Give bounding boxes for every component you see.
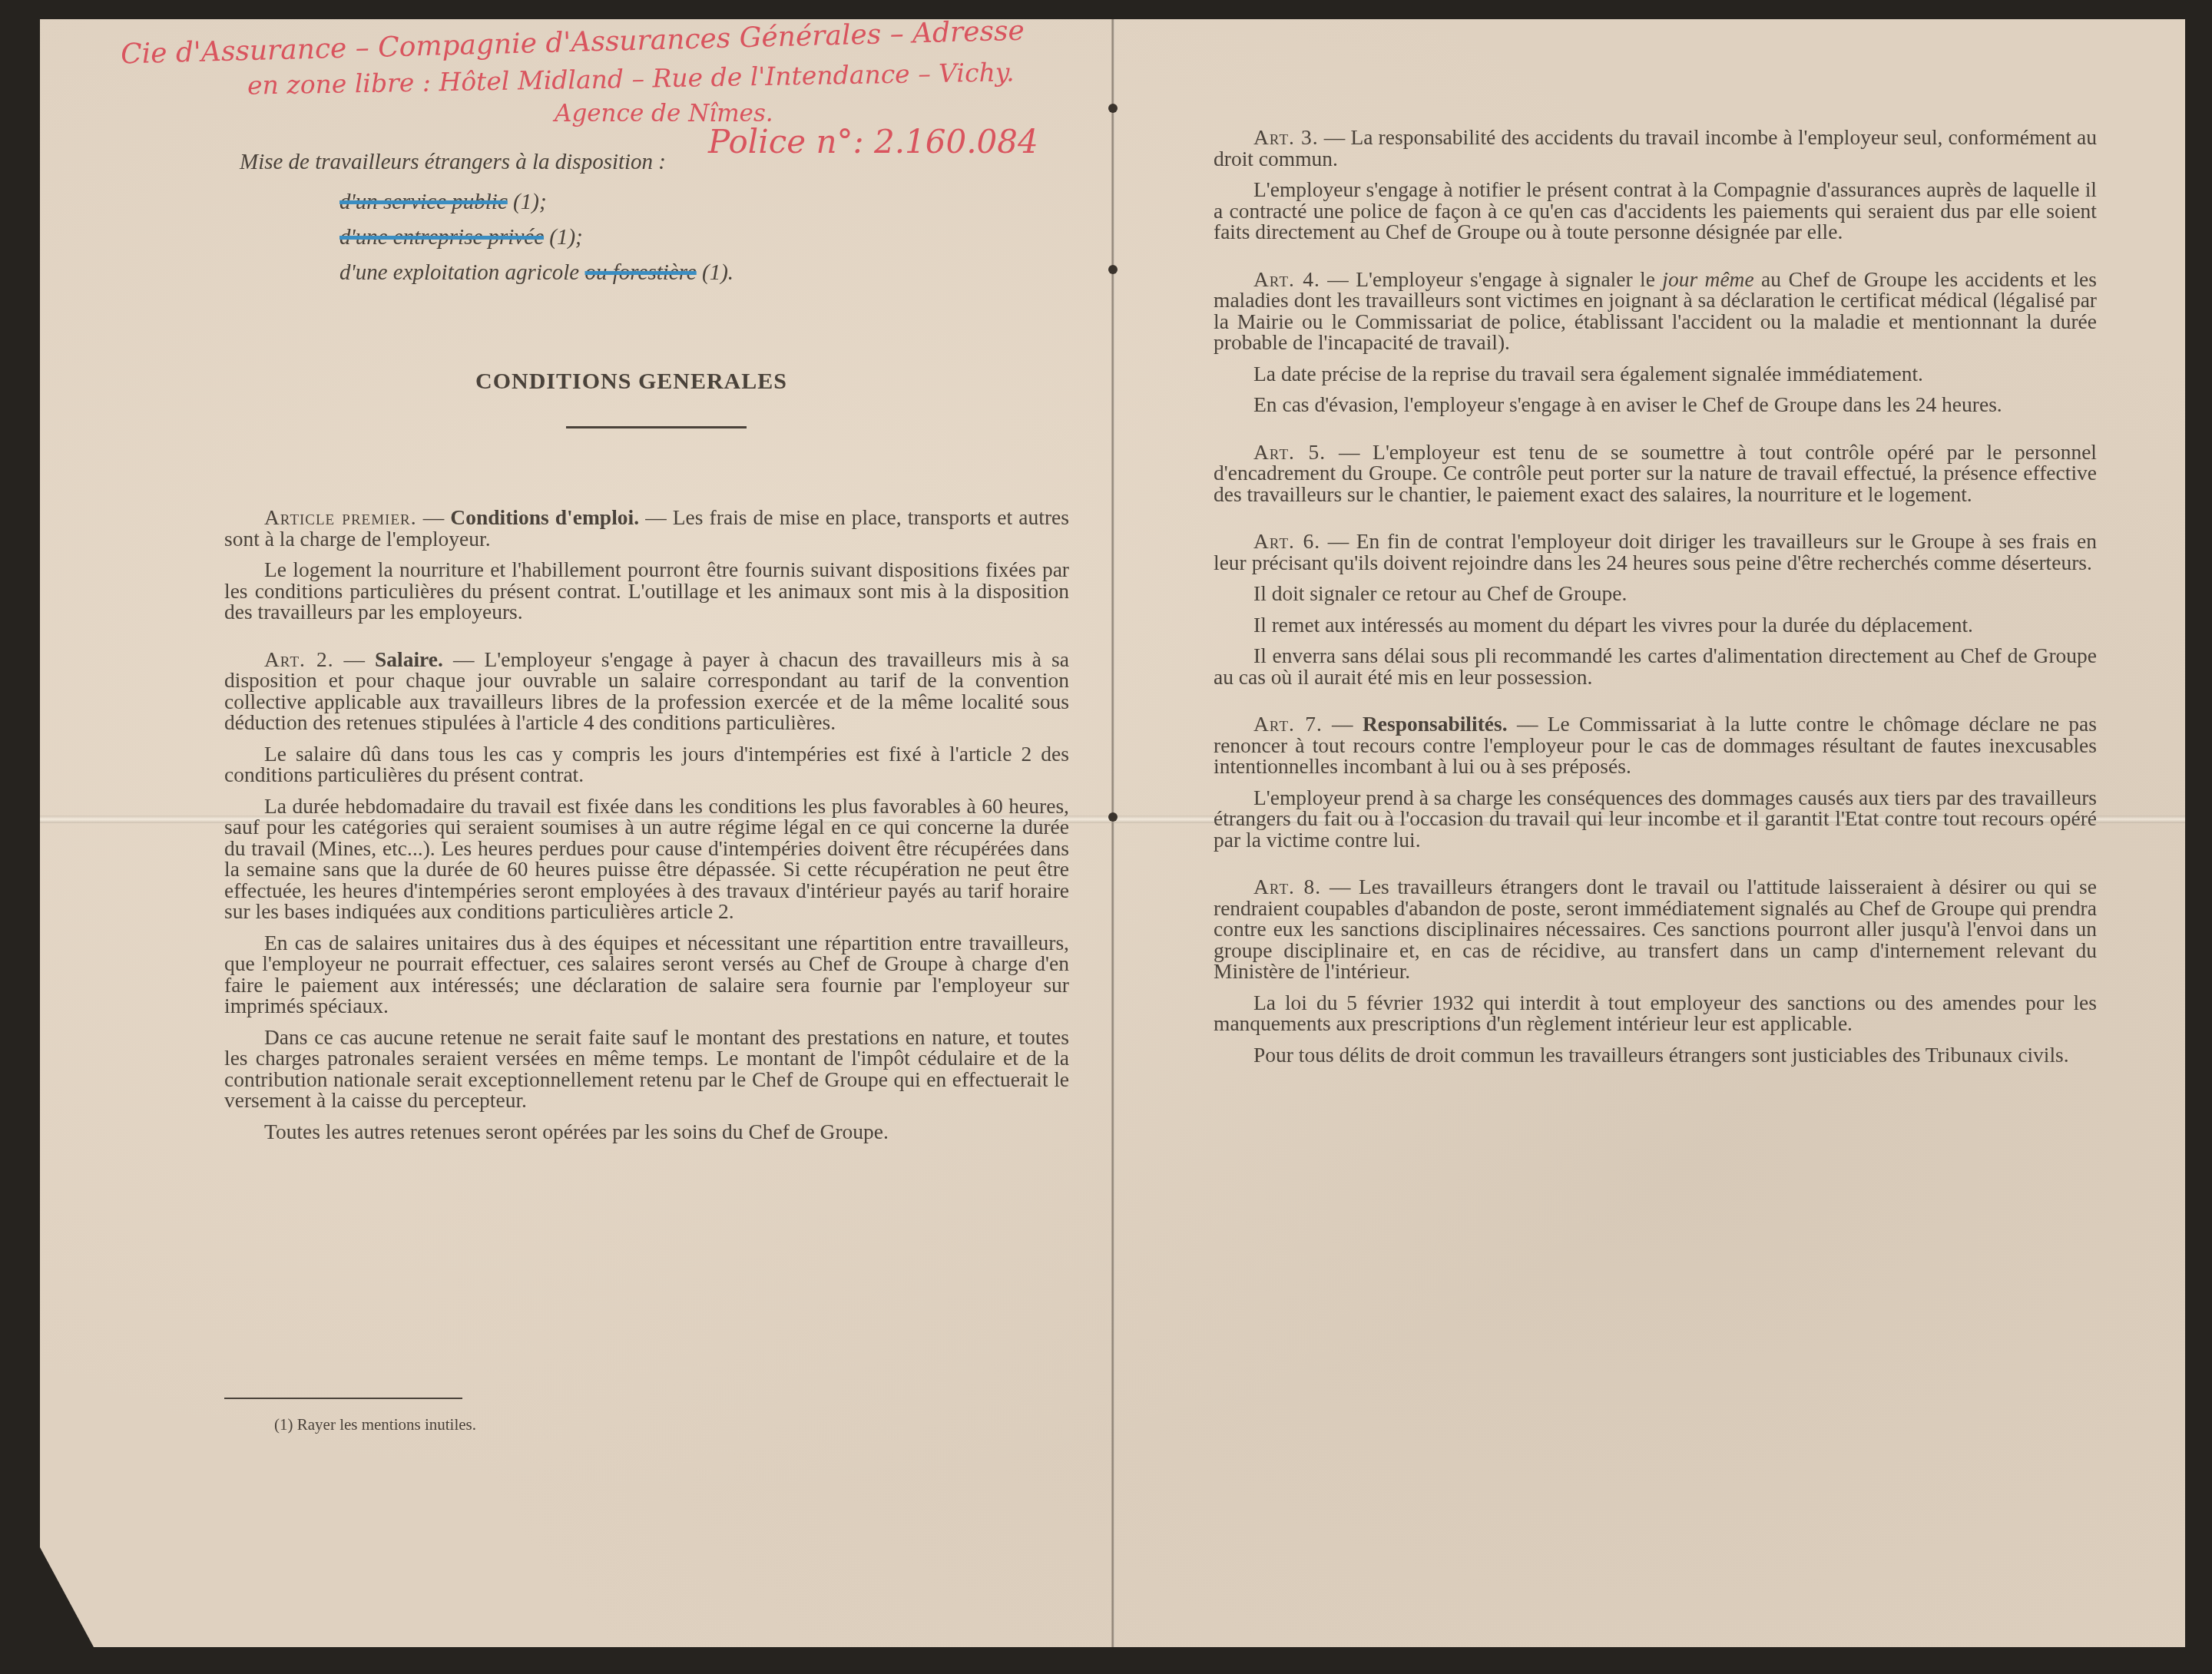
option-public-service: d'un service public (1);	[339, 190, 547, 215]
paragraph: Il remet aux intéressés au moment du dép…	[1214, 614, 2097, 636]
article-1: Article premier. — Conditions d'emploi. …	[224, 507, 1069, 549]
paragraph: Le logement la nourriture et l'habilleme…	[224, 559, 1069, 623]
title-rule	[566, 426, 747, 428]
paragraph: En cas d'évasion, l'employeur s'engage à…	[1214, 394, 2097, 415]
vertical-fold	[1111, 19, 1114, 1647]
staple-hole	[1108, 265, 1118, 274]
intro-heading: Mise de travailleurs étrangers à la disp…	[240, 150, 666, 175]
paragraph: La date précise de la reprise du travail…	[1214, 363, 2097, 385]
staple-hole	[1108, 812, 1118, 822]
struck-text: d'un service public	[339, 190, 508, 214]
option-private-enterprise: d'une entreprise privée (1);	[339, 225, 583, 250]
paragraph: En cas de salaires unitaires dus à des é…	[224, 932, 1069, 1017]
right-column-text: Art. 3. — La responsabilité des accident…	[1214, 127, 2097, 1075]
struck-text: ou forestière	[585, 260, 697, 285]
struck-text: d'une entreprise privée	[339, 225, 544, 250]
document-sheet: Cie d'Assurance – Compagnie d'Assurances…	[40, 19, 2185, 1647]
article-6: Art. 6. — En fin de contrat l'employeur …	[1214, 531, 2097, 573]
paragraph: Pour tous délits de droit commun les tra…	[1214, 1044, 2097, 1066]
paragraph: L'employeur s'engage à notifier le prése…	[1214, 179, 2097, 243]
left-column-text: Article premier. — Conditions d'emploi. …	[224, 507, 1069, 1152]
paragraph: L'employeur prend à sa charge les conséq…	[1214, 787, 2097, 851]
footnote: (1) Rayer les mentions inutiles.	[274, 1415, 476, 1434]
page-title: CONDITIONS GENERALES	[186, 369, 1077, 395]
option-agricultural: d'une exploitation agricole ou forestièr…	[339, 260, 733, 286]
paragraph: Il enverra sans délai sous pli recommand…	[1214, 645, 2097, 687]
handwritten-policy-number: Police n°: 2.160.084	[708, 123, 1038, 160]
paragraph: Toutes les autres retenues seront opérée…	[224, 1121, 1069, 1143]
paragraph: Dans ce cas aucune retenue ne serait fai…	[224, 1027, 1069, 1111]
article-3: Art. 3. — La responsabilité des accident…	[1214, 127, 2097, 169]
article-2: Art. 2. — Salaire. — L'employeur s'engag…	[224, 649, 1069, 733]
paragraph: La loi du 5 février 1932 qui interdit à …	[1214, 992, 2097, 1034]
article-7: Art. 7. — Responsabilités. — Le Commissa…	[1214, 713, 2097, 777]
article-4: Art. 4. — L'employeur s'engage à signale…	[1214, 269, 2097, 353]
paragraph: Il doit signaler ce retour au Chef de Gr…	[1214, 583, 2097, 604]
article-8: Art. 8. — Les travailleurs étrangers don…	[1214, 876, 2097, 982]
paragraph: La durée hebdomadaire du travail est fix…	[224, 796, 1069, 922]
staple-hole	[1108, 104, 1118, 113]
article-5: Art. 5. — L'employeur est tenu de se sou…	[1214, 442, 2097, 505]
paragraph: Le salaire dû dans tous les cas y compri…	[224, 743, 1069, 786]
footnote-rule	[224, 1398, 462, 1399]
